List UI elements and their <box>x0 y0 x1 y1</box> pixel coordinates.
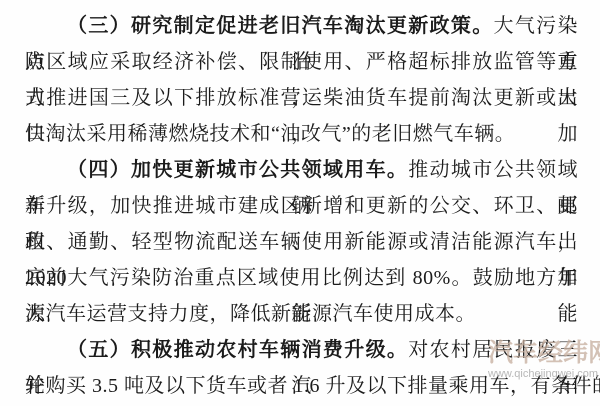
text-line: （四）加快更新城市公共领域用车。推动城市公共领域车辆更 <box>25 152 578 188</box>
text-line: （三）研究制定促进老旧汽车淘汰更新政策。大气污染防治重 <box>25 8 578 44</box>
text-line: （五）积极推动农村车辆消费升级。对农村居民报废三轮汽车 <box>25 332 578 368</box>
text-line: 点区域应采取经济补偿、限制使用、严格超标排放监管等方式，大 <box>25 44 578 80</box>
text-line: 新升级，加快推进城市建成区新增和更新的公交、环卫、邮政、出 <box>25 188 578 224</box>
text-run: 源汽车运营支持力度，降低新能源汽车使用成本。 <box>25 303 476 325</box>
text-run: 并购买 3.5 吨及以下货车或者 1.6 升及以下排量乘用车，有条件的 <box>25 375 600 397</box>
text-run: 快淘汰采用稀薄燃烧技术和“油改气”的老旧燃气车辆。 <box>25 123 515 145</box>
text-line: 并购买 3.5 吨及以下货车或者 1.6 升及以下排量乘用车，有条件的 <box>25 368 578 404</box>
text-line: 快淘汰采用稀薄燃烧技术和“油改气”的老旧燃气车辆。 <box>25 116 578 152</box>
text-run-heading: （三）研究制定促进老旧汽车淘汰更新政策。 <box>67 15 494 37</box>
text-run-heading: （四）加快更新城市公共领域用车。 <box>67 159 408 181</box>
text-line: 底前大气污染防治重点区域使用比例达到 80%。鼓励地方加大新能 <box>25 260 578 296</box>
document-text-block: （三）研究制定促进老旧汽车淘汰更新政策。大气污染防治重 点区域应采取经济补偿、限… <box>25 8 578 404</box>
text-line: 力推进国三及以下排放标准营运柴油货车提前淘汰更新或出口，加 <box>25 80 578 116</box>
text-run-heading: （五）积极推动农村车辆消费升级。 <box>67 339 408 361</box>
text-line: 租、通勤、轻型物流配送车辆使用新能源或清洁能源汽车，2020 年 <box>25 224 578 260</box>
document-page: （三）研究制定促进老旧汽车淘汰更新政策。大气污染防治重 点区域应采取经济补偿、限… <box>0 0 600 406</box>
